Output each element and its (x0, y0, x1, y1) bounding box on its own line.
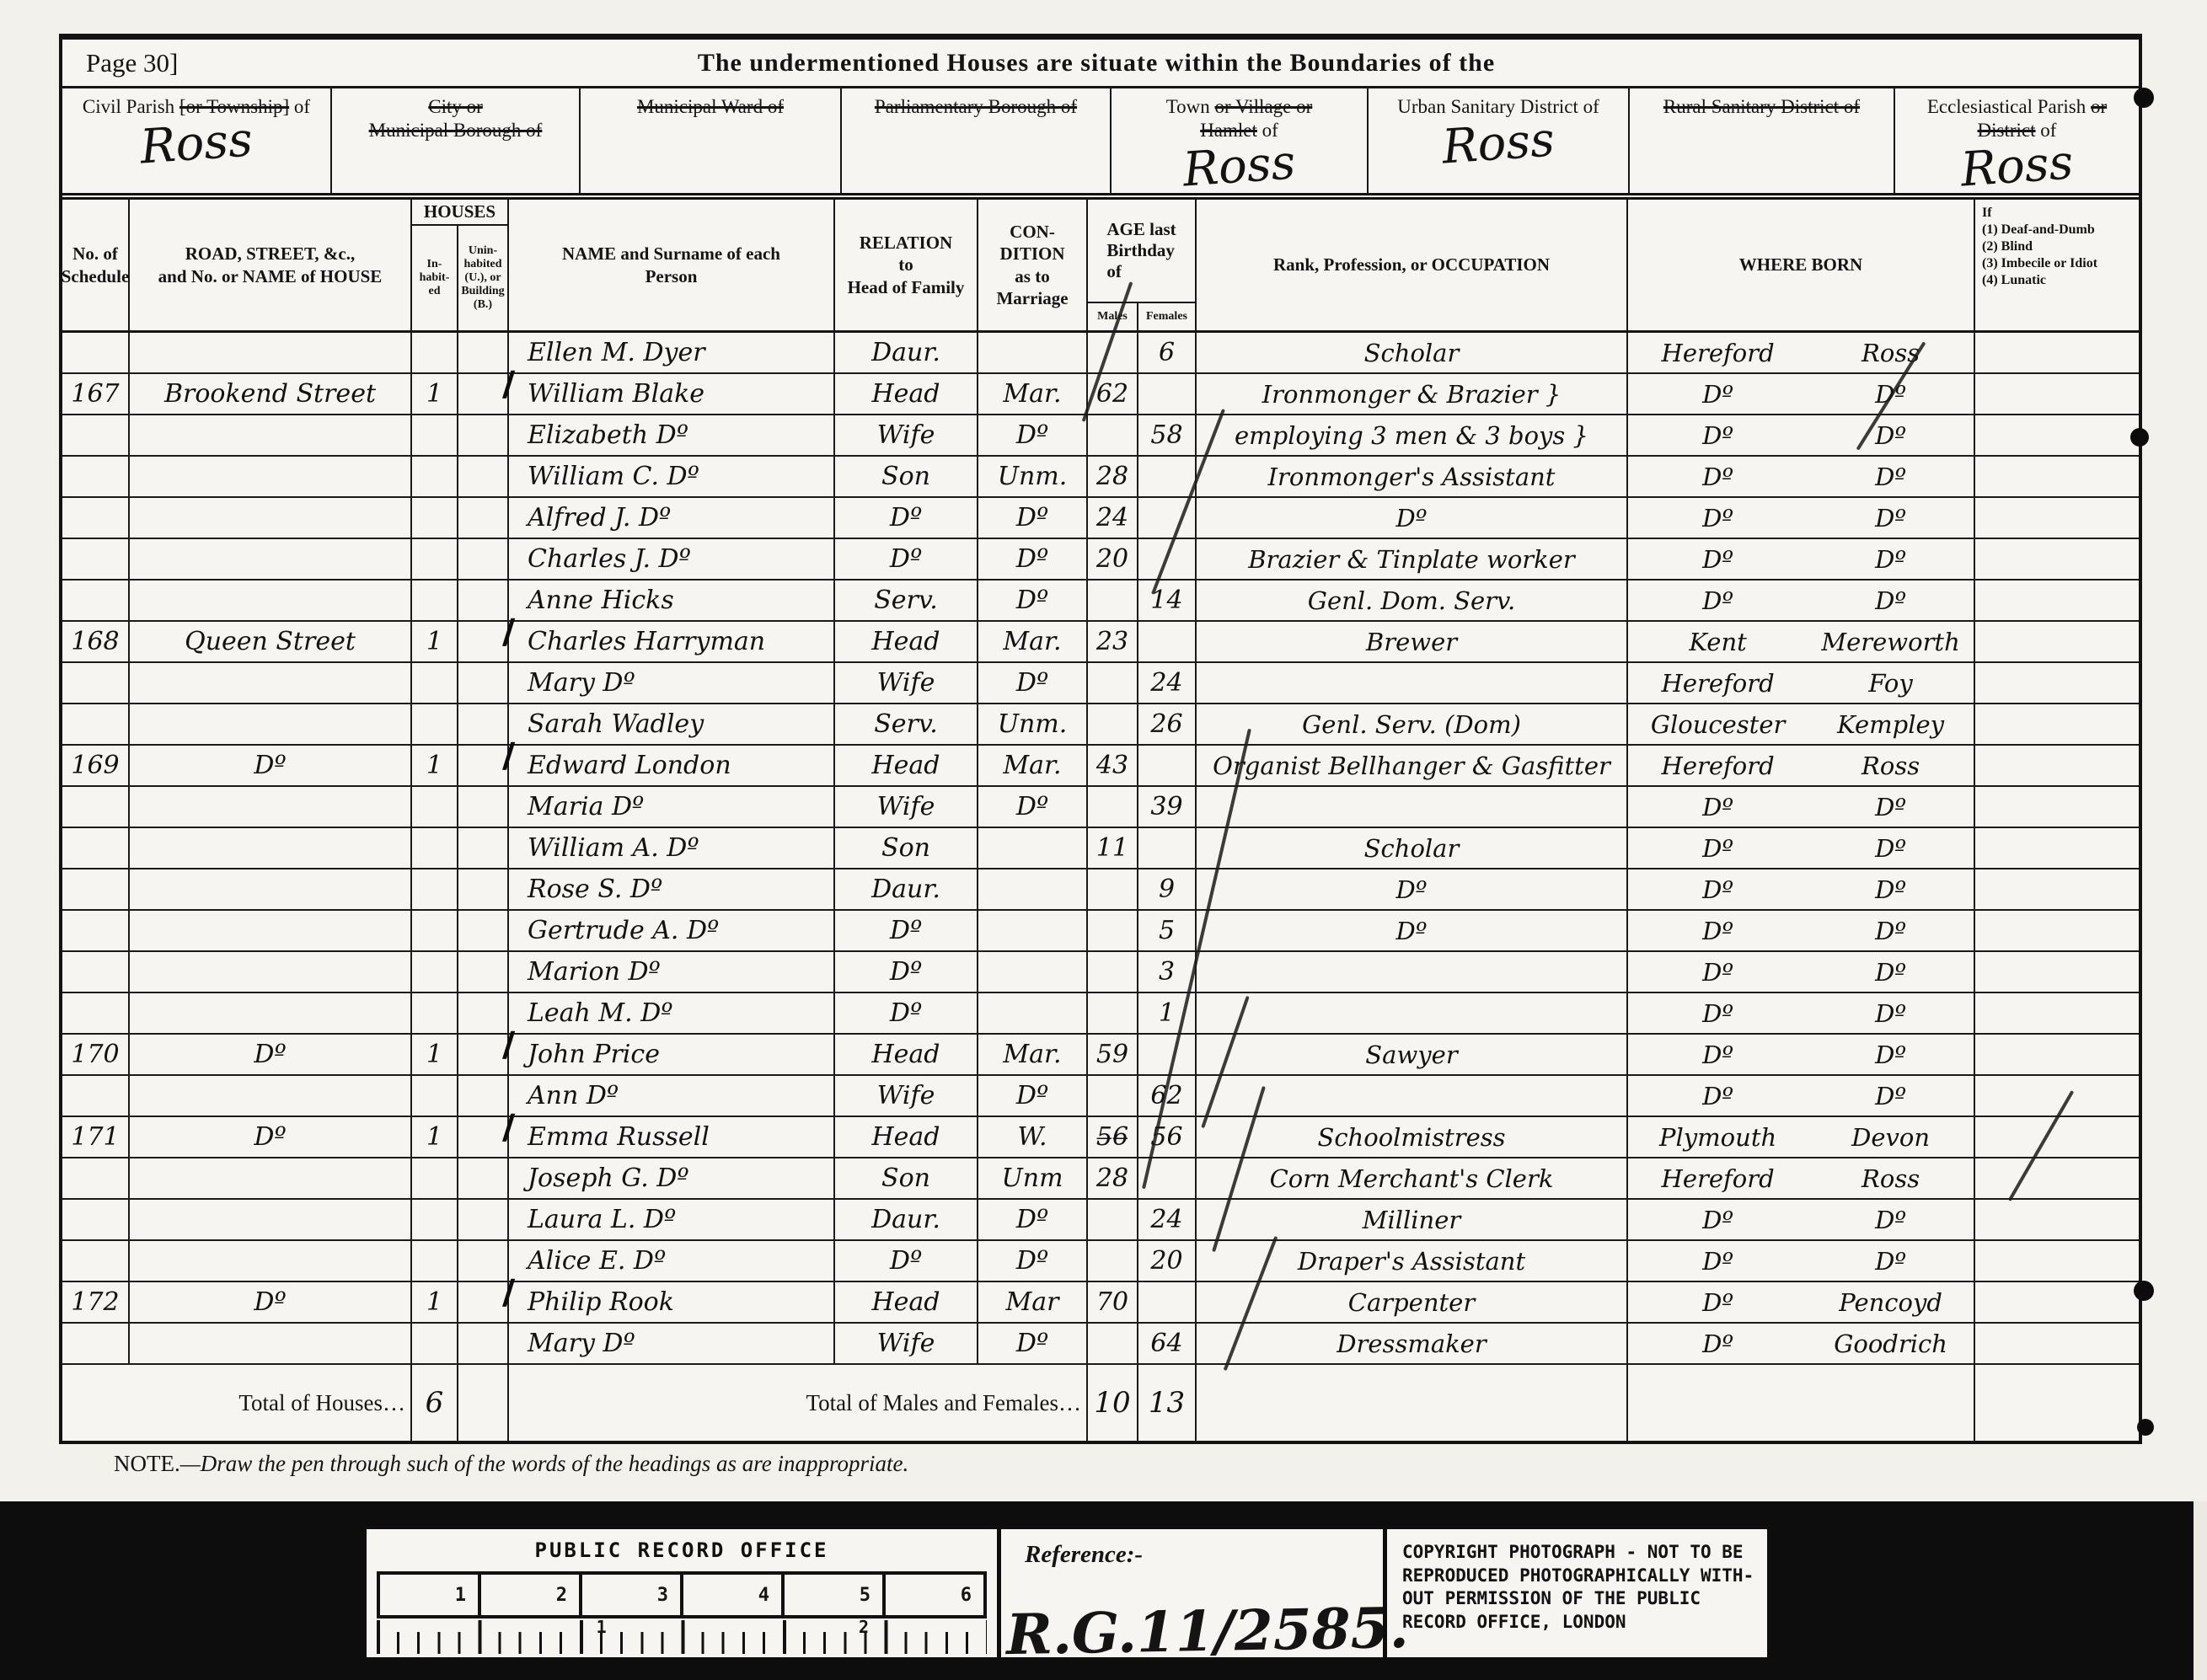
punch-hole (2130, 428, 2149, 447)
cell-age-m: 70 (1088, 1282, 1138, 1322)
census-row: 172Dº1Philip RookHeadMar70CarpenterDºPen… (62, 1282, 2139, 1324)
cell-age-m (1088, 663, 1138, 703)
col-houses-subs: In- habit- ed Unin- habited (U.), or Bui… (412, 226, 507, 330)
ruler-cell: 2 (481, 1575, 582, 1615)
cell-condition: Dº (978, 1076, 1088, 1116)
cell-name: William C. Dº (509, 457, 835, 496)
cell-born: HerefordFoy (1628, 663, 1975, 703)
cell-road (130, 581, 412, 620)
ecclesiastical-parish-box: Ecclesiastical Parish or District of Ros… (1895, 88, 2139, 193)
cell-uninh (458, 622, 509, 661)
cell-name: Edward London (509, 746, 835, 785)
cell-condition: Mar. (978, 746, 1088, 785)
cell-name: William Blake (509, 374, 835, 414)
cell-relation: Head (835, 622, 978, 661)
census-document-scan: Page 30] The undermentioned Houses are s… (0, 0, 2207, 1680)
cell-occupation: Organist Bellhanger & Gasfitter (1197, 746, 1628, 785)
cell-age-f: 24 (1138, 663, 1197, 703)
cell-schedule: 170 (62, 1035, 130, 1074)
cell-age-m (1088, 1076, 1138, 1116)
born-place: Dº (1808, 875, 1974, 904)
born-county: Dº (1628, 380, 1808, 409)
municipal-ward-label: Municipal Ward of (637, 96, 784, 117)
cell-infirmity (1975, 911, 2139, 950)
ecclesiastical-label-struck: or (2091, 96, 2107, 117)
cell-occupation: Dº (1197, 869, 1628, 909)
footnote-text: —Draw the pen through such of the words … (180, 1451, 908, 1476)
col-age-subs: Males Females (1088, 302, 1195, 330)
col-infirmity: If (1) Deaf-and-Dumb (2) Blind (3) Imbec… (1975, 200, 2139, 330)
pro-stamp-panel: PUBLIC RECORD OFFICE 123456 1 2 Referenc… (362, 1525, 1771, 1661)
cell-age-m (1088, 911, 1138, 950)
cell-name: Alfred J. Dº (509, 498, 835, 538)
cell-relation: Wife (835, 663, 978, 703)
total-males-females-label: Total of Males and Females… (509, 1365, 1088, 1441)
census-row: 168Queen Street1Charles HarrymanHeadMar.… (62, 622, 2139, 663)
cell-schedule (62, 663, 130, 703)
ecclesiastical-value: Ross (1894, 135, 2140, 199)
cell-occupation: employing 3 men & 3 boys } (1197, 415, 1628, 455)
ruler-cell: 5 (785, 1575, 886, 1615)
col-occupation: Rank, Profession, or OCCUPATION (1197, 200, 1628, 330)
sheet-title-row: Page 30] The undermentioned Houses are s… (62, 40, 2139, 88)
born-county: Hereford (1628, 339, 1808, 367)
cell-condition: Unm. (978, 457, 1088, 496)
civil-parish-value: Ross (61, 111, 331, 177)
pro-office-label: PUBLIC RECORD OFFICE (367, 1529, 997, 1571)
ruler-inch-1: 1 (597, 1617, 607, 1637)
cell-uninh (458, 539, 509, 579)
cell-condition (978, 911, 1088, 950)
cell-born: DºDº (1628, 539, 1975, 579)
cell-uninh (458, 1324, 509, 1363)
cell-road (130, 952, 412, 992)
cell-age-m: 23 (1088, 622, 1138, 661)
cell-name: Joseph G. Dº (509, 1158, 835, 1198)
cell-road: Dº (130, 1035, 412, 1074)
born-county: Hereford (1628, 752, 1808, 780)
born-place: Kempley (1808, 710, 1974, 739)
born-county: Dº (1628, 875, 1808, 904)
census-row: Marion DºDº3DºDº (62, 952, 2139, 993)
born-county: Dº (1628, 1288, 1808, 1317)
pro-reference-section: Reference:- R.G.11/2585. (997, 1529, 1383, 1657)
cell-relation: Dº (835, 498, 978, 538)
cell-age-f (1138, 374, 1197, 414)
photo-margin-band: PUBLIC RECORD OFFICE 123456 1 2 Referenc… (0, 1501, 2207, 1680)
col-age-group: AGE last Birthday of Males Females (1088, 200, 1197, 330)
cell-schedule (62, 498, 130, 538)
census-row: Gertrude A. DºDº5DºDºDº (62, 911, 2139, 952)
cell-infirmity (1975, 498, 2139, 538)
rural-sanitary-box: Rural Sanitary District of (1630, 88, 1895, 193)
cell-relation: Dº (835, 952, 978, 992)
civil-parish-box: Civil Parish [or Township] of Ross (62, 88, 332, 193)
cell-uninh (458, 828, 509, 868)
cell-name: Ellen M. Dyer (509, 333, 835, 372)
cell-occupation (1197, 663, 1628, 703)
cell-inh: 1 (412, 1282, 458, 1322)
ecclesiastical-label-pre: Ecclesiastical Parish (1927, 96, 2086, 117)
cell-infirmity (1975, 333, 2139, 372)
cell-age-f (1138, 746, 1197, 785)
cell-road (130, 993, 412, 1033)
cell-uninh (458, 911, 509, 950)
cell-name: Mary Dº (509, 1324, 835, 1363)
born-county: Dº (1628, 793, 1808, 821)
reference-value: R.G.11/2585. (1005, 1595, 1409, 1667)
cell-infirmity (1975, 746, 2139, 785)
town-label-pre: Town (1166, 96, 1210, 117)
born-county: Dº (1628, 999, 1808, 1028)
cell-infirmity (1975, 1158, 2139, 1198)
cell-occupation: Corn Merchant's Clerk (1197, 1158, 1628, 1198)
cell-born: GloucesterKempley (1628, 704, 1975, 744)
cell-uninh (458, 374, 509, 414)
cell-infirmity (1975, 704, 2139, 744)
cell-schedule (62, 581, 130, 620)
cell-age-f (1138, 1282, 1197, 1322)
cell-road (130, 704, 412, 744)
cell-uninh (458, 993, 509, 1033)
cell-condition: Dº (978, 1241, 1088, 1281)
born-county: Kent (1628, 628, 1808, 656)
cell-born: DºDº (1628, 1241, 1975, 1281)
cell-uninh (458, 787, 509, 827)
punch-hole (2137, 1419, 2154, 1436)
municipal-borough-box: City or Municipal Borough of (332, 88, 581, 193)
born-place: Dº (1808, 1041, 1974, 1069)
cell-occupation: Carpenter (1197, 1282, 1628, 1322)
col-relation: RELATION to Head of Family (835, 200, 978, 330)
cell-name: Marion Dº (509, 952, 835, 992)
parliamentary-borough-label: Parliamentary Borough of (875, 96, 1077, 117)
cell-inh: 1 (412, 374, 458, 414)
cell-age-f: 9 (1138, 869, 1197, 909)
cell-uninh (458, 1241, 509, 1281)
cell-relation: Dº (835, 911, 978, 950)
born-place: Goodrich (1808, 1330, 1974, 1358)
cell-inh (412, 704, 458, 744)
cell-uninh (458, 869, 509, 909)
born-place: Dº (1808, 793, 1974, 821)
ruler-cell: 3 (582, 1575, 683, 1615)
cell-uninh (458, 1035, 509, 1074)
census-row: Anne HicksServ.Dº14Genl. Dom. Serv.DºDº (62, 581, 2139, 622)
cell-age-m (1088, 952, 1138, 992)
cell-inh (412, 828, 458, 868)
ruler-cell: 4 (683, 1575, 785, 1615)
cell-age-m: 28 (1088, 457, 1138, 496)
cell-born: DºDº (1628, 374, 1975, 414)
cell-schedule (62, 1200, 130, 1239)
punch-hole (2134, 1281, 2154, 1301)
town-label-line1: Town or Village or (1112, 95, 1367, 119)
cell-road (130, 787, 412, 827)
cell-infirmity (1975, 539, 2139, 579)
cell-schedule (62, 911, 130, 950)
cell-occupation: Milliner (1197, 1200, 1628, 1239)
cell-name: Sarah Wadley (509, 704, 835, 744)
census-row: Mary DºWifeDº64DressmakerDºGoodrich (62, 1324, 2139, 1365)
cell-born: DºDº (1628, 1076, 1975, 1116)
cell-road: Dº (130, 1282, 412, 1322)
cell-name: Maria Dº (509, 787, 835, 827)
cell-inh (412, 869, 458, 909)
cell-road (130, 1158, 412, 1198)
town-label-struck2: Hamlet (1200, 120, 1257, 141)
cell-name: Emma Russell (509, 1117, 835, 1157)
cell-relation: Daur. (835, 333, 978, 372)
col-houses-label: HOUSES (412, 200, 507, 226)
cell-age-f (1138, 622, 1197, 661)
cell-condition: W. (978, 1117, 1088, 1157)
cell-occupation: Dº (1197, 911, 1628, 950)
cell-occupation: Ironmonger & Brazier } (1197, 374, 1628, 414)
pro-ruler-section: PUBLIC RECORD OFFICE 123456 1 2 (367, 1529, 997, 1657)
reference-label: Reference:- (1001, 1529, 1383, 1569)
born-place: Ross (1808, 752, 1974, 780)
cell-age-m: 20 (1088, 539, 1138, 579)
cell-condition: Dº (978, 581, 1088, 620)
cell-road (130, 663, 412, 703)
cell-age-f (1138, 828, 1197, 868)
born-place: Dº (1808, 586, 1974, 615)
census-row: Charles J. DºDºDº20Brazier & Tinplate wo… (62, 539, 2139, 581)
cell-infirmity (1975, 1076, 2139, 1116)
born-county: Hereford (1628, 1164, 1808, 1193)
cell-road (130, 457, 412, 496)
cell-uninh (458, 1158, 509, 1198)
col-name: NAME and Surname of each Person (509, 200, 835, 330)
cell-schedule (62, 704, 130, 744)
cell-schedule (62, 787, 130, 827)
ruler-inch-2: 2 (859, 1617, 869, 1637)
cell-road: Queen Street (130, 622, 412, 661)
cell-name: Mary Dº (509, 663, 835, 703)
cell-schedule (62, 539, 130, 579)
cell-schedule (62, 993, 130, 1033)
cell-inh (412, 787, 458, 827)
district-header-row: Civil Parish [or Township] of Ross City … (62, 88, 2139, 200)
col-where-born: WHERE BORN (1628, 200, 1975, 330)
cell-inh (412, 1158, 458, 1198)
born-county: Hereford (1628, 669, 1808, 698)
cell-name: Laura L. Dº (509, 1200, 835, 1239)
cell-occupation: Scholar (1197, 828, 1628, 868)
cell-schedule: 168 (62, 622, 130, 661)
cell-name: Anne Hicks (509, 581, 835, 620)
born-county: Dº (1628, 421, 1808, 450)
born-county: Dº (1628, 586, 1808, 615)
cell-infirmity (1975, 1035, 2139, 1074)
pro-ruler-ticks: 1 2 (377, 1615, 987, 1654)
born-place: Dº (1808, 1082, 1974, 1110)
census-row: Laura L. DºDaur.Dº24MillinerDºDº (62, 1200, 2139, 1241)
cell-schedule (62, 333, 130, 372)
cell-age-m: 5̶6̶ (1088, 1117, 1138, 1157)
cell-inh: 1 (412, 1117, 458, 1157)
municipal-borough-label-1: City or (332, 95, 579, 119)
cell-born: DºDº (1628, 1200, 1975, 1239)
cell-relation: Son (835, 828, 978, 868)
cell-born: HerefordRoss (1628, 333, 1975, 372)
cell-inh (412, 1324, 458, 1363)
cell-road (130, 869, 412, 909)
cell-infirmity (1975, 787, 2139, 827)
born-place: Dº (1808, 1247, 1974, 1276)
cell-infirmity (1975, 663, 2139, 703)
cell-condition (978, 952, 1088, 992)
cell-uninh (458, 333, 509, 372)
born-place: Mereworth (1808, 628, 1974, 656)
cell-condition: Dº (978, 539, 1088, 579)
cell-relation: Dº (835, 539, 978, 579)
total-infirmity-blank (1975, 1365, 2139, 1441)
cell-born: HerefordRoss (1628, 1158, 1975, 1198)
cell-name: Charles Harryman (509, 622, 835, 661)
cell-inh (412, 911, 458, 950)
born-county: Dº (1628, 1330, 1808, 1358)
cell-age-f: 56 (1138, 1117, 1197, 1157)
cell-name: John Price (509, 1035, 835, 1074)
pro-ruler-cells: 123456 (377, 1571, 987, 1615)
cell-name: Alice E. Dº (509, 1241, 835, 1281)
born-place: Devon (1808, 1123, 1974, 1152)
census-row: William C. DºSonUnm.28Ironmonger's Assis… (62, 457, 2139, 498)
cell-uninh (458, 415, 509, 455)
cell-infirmity (1975, 457, 2139, 496)
cell-name: Rose S. Dº (509, 869, 835, 909)
born-place: Dº (1808, 421, 1974, 450)
cell-condition: Unm. (978, 704, 1088, 744)
cell-relation: Head (835, 1035, 978, 1074)
cell-inh (412, 663, 458, 703)
cell-road (130, 911, 412, 950)
cell-infirmity (1975, 622, 2139, 661)
cell-inh (412, 415, 458, 455)
cell-condition: Mar. (978, 622, 1088, 661)
cell-road (130, 1200, 412, 1239)
cell-uninh (458, 457, 509, 496)
cell-name: William A. Dº (509, 828, 835, 868)
cell-schedule (62, 869, 130, 909)
cell-born: DºDº (1628, 581, 1975, 620)
cell-schedule: 172 (62, 1282, 130, 1322)
cell-schedule (62, 1324, 130, 1363)
municipal-ward-box: Municipal Ward of (581, 88, 842, 193)
cell-infirmity (1975, 1282, 2139, 1322)
cell-relation: Head (835, 1282, 978, 1322)
cell-schedule (62, 1076, 130, 1116)
cell-occupation: Schoolmistress (1197, 1117, 1628, 1157)
cell-relation: Serv. (835, 704, 978, 744)
cell-age-f: 6 (1138, 333, 1197, 372)
born-place: Ross (1808, 339, 1974, 367)
born-county: Dº (1628, 1041, 1808, 1069)
cell-road (130, 415, 412, 455)
born-place: Foy (1808, 669, 1974, 698)
town-label-struck: or Village or (1215, 96, 1313, 117)
cell-inh (412, 539, 458, 579)
cell-condition: Dº (978, 1324, 1088, 1363)
cell-uninh (458, 1200, 509, 1239)
town-box: Town or Village or Hamlet of Ross (1112, 88, 1369, 193)
cell-condition (978, 869, 1088, 909)
born-county: Dº (1628, 834, 1808, 863)
census-row: Alfred J. DºDºDº24DºDºDº (62, 498, 2139, 539)
cell-uninh (458, 1117, 509, 1157)
cell-age-f: 20 (1138, 1241, 1197, 1281)
cell-born: DºDº (1628, 787, 1975, 827)
cell-uninh (458, 746, 509, 785)
cell-infirmity (1975, 993, 2139, 1033)
cell-inh (412, 952, 458, 992)
total-uninhabited-value (458, 1365, 509, 1441)
pro-copyright-section: COPYRIGHT PHOTOGRAPH - NOT TO BE REPRODU… (1383, 1529, 1767, 1657)
cell-name: Philip Rook (509, 1282, 835, 1322)
cell-condition: Unm (978, 1158, 1088, 1198)
town-value: Ross (1110, 135, 1368, 200)
cell-condition: Dº (978, 1200, 1088, 1239)
cell-relation: Daur. (835, 1200, 978, 1239)
cell-uninh (458, 581, 509, 620)
born-county: Dº (1628, 504, 1808, 532)
cell-inh (412, 581, 458, 620)
col-females: Females (1138, 303, 1195, 330)
col-houses-group: HOUSES In- habit- ed Unin- habited (U.),… (412, 200, 509, 330)
total-houses-label: Total of Houses… (62, 1365, 412, 1441)
cell-condition (978, 828, 1088, 868)
cell-age-m: 43 (1088, 746, 1138, 785)
cell-infirmity (1975, 952, 2139, 992)
cell-name: Ann Dº (509, 1076, 835, 1116)
cell-age-m: 28 (1088, 1158, 1138, 1198)
rural-sanitary-label: Rural Sanitary District of (1663, 96, 1860, 117)
cell-age-m (1088, 415, 1138, 455)
cell-inh (412, 1076, 458, 1116)
cell-schedule (62, 1158, 130, 1198)
cell-uninh (458, 952, 509, 992)
cell-inh (412, 993, 458, 1033)
total-born-blank (1628, 1365, 1975, 1441)
cell-uninh (458, 704, 509, 744)
ruler-cell: 1 (380, 1575, 481, 1615)
census-row: Rose S. DºDaur.9DºDºDº (62, 869, 2139, 911)
total-occupation-blank (1197, 1365, 1628, 1441)
cell-road (130, 498, 412, 538)
cell-born: DºDº (1628, 869, 1975, 909)
born-place: Dº (1808, 504, 1974, 532)
cell-born: DºDº (1628, 498, 1975, 538)
cell-relation: Wife (835, 415, 978, 455)
cell-schedule: 167 (62, 374, 130, 414)
census-row: Mary DºWifeDº24HerefordFoy (62, 663, 2139, 704)
born-place: Dº (1808, 999, 1974, 1028)
footnote: NOTE.—Draw the pen through such of the w… (114, 1451, 908, 1477)
census-row: Joseph G. DºSonUnm28Corn Merchant's Cler… (62, 1158, 2139, 1200)
cell-born: DºDº (1628, 457, 1975, 496)
cell-born: DºDº (1628, 993, 1975, 1033)
cell-road (130, 1076, 412, 1116)
civil-parish-label-pre: Civil Parish (83, 96, 174, 117)
cell-occupation: Brewer (1197, 622, 1628, 661)
cell-relation: Dº (835, 1241, 978, 1281)
cell-age-f (1138, 1035, 1197, 1074)
punch-hole (2134, 88, 2154, 108)
census-row: 167Brookend Street1William BlakeHeadMar.… (62, 374, 2139, 415)
census-row: 171Dº1Emma RussellHeadW.5̶6̶56Schoolmist… (62, 1117, 2139, 1158)
